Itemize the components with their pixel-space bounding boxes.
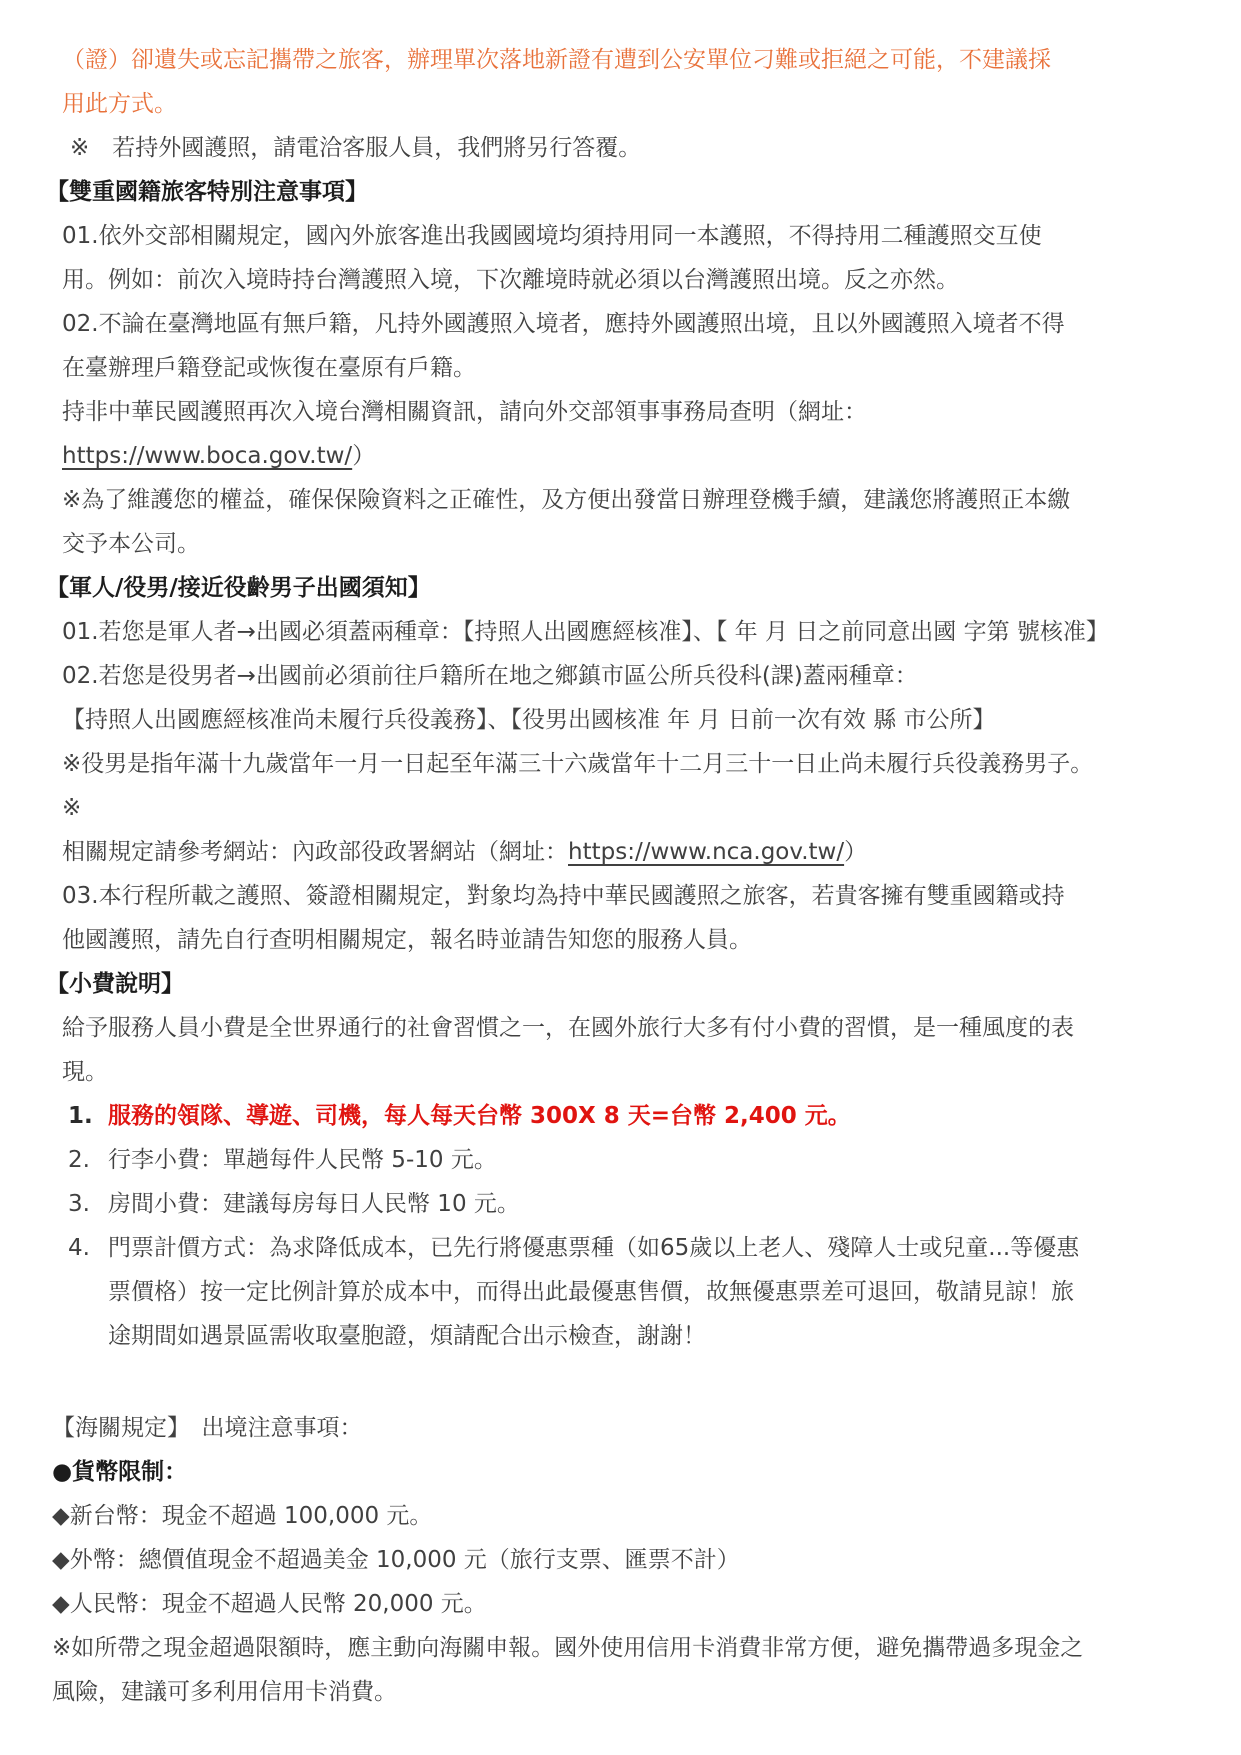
- tip-item-text: 房間小費：建議每房每日人民幣 10 元。: [108, 1182, 520, 1226]
- section-heading-military: 【軍人/役男/接近役齡男子出國須知】: [46, 566, 1217, 610]
- regulation-reference-text: 相關規定請參考網站：內政部役政署網站（網址：: [62, 839, 568, 865]
- reentry-info-text: 持非中華民國護照再次入境台灣相關資訊，請向外交部領事事務局查明（網址：: [62, 399, 867, 425]
- tip-item-number: 3.: [68, 1182, 108, 1226]
- customs-heading: 【海關規定】 出境注意事項：: [52, 1406, 1217, 1450]
- tipping-intro: 給予服務人員小費是全世界通行的社會習慣之一，在國外旅行大多有付小費的習慣，是一種…: [62, 1006, 1217, 1094]
- reentry-info-suffix: ）: [352, 443, 375, 469]
- currency-limit-twd: ◆新台幣：現金不超過 100,000 元。: [52, 1494, 1217, 1538]
- travel-notice-document: （證）卻遺失或忘記攜帶之旅客，辦理單次落地新證有遭到公安單位刁難或拒絕之可能，不…: [0, 0, 1241, 1755]
- foreign-passport-note: ※ 若持外國護照，請電洽客服人員，我們將另行答覆。: [70, 126, 1217, 170]
- section-heading-tipping: 【小費說明】: [46, 962, 1217, 1006]
- cash-declaration-note: ※如所帶之現金超過限額時，應主動向海關申報。國外使用信用卡消費非常方便，避免攜帶…: [52, 1626, 1217, 1714]
- passport-custody-note: ※為了維護您的權益，確保保險資料之正確性，及方便出發當日辦理登機手續，建議您將護…: [62, 478, 1217, 566]
- nca-website-link[interactable]: https://www.nca.gov.tw/: [568, 839, 844, 865]
- section-heading-dual-nationality: 【雙重國籍旅客特別注意事項】: [46, 170, 1217, 214]
- intro-warning-text: （證）卻遺失或忘記攜帶之旅客，辦理單次落地新證有遭到公安單位刁難或拒絕之可能，不…: [62, 38, 1217, 126]
- tip-item-text: 行李小費：單趟每件人民幣 5-10 元。: [108, 1138, 497, 1182]
- currency-limit-rmb: ◆人民幣：現金不超過人民幣 20,000 元。: [52, 1582, 1217, 1626]
- tip-item-text: 門票計價方式：為求降低成本，已先行將優惠票種（如65歲以上老人、殘障人士或兒童.…: [108, 1226, 1079, 1358]
- tip-item-guide-driver: 1. 服務的領隊、導遊、司機，每人每天台幣 300X 8 天=台幣 2,400 …: [68, 1094, 1217, 1138]
- military-item-02: 02.若您是役男者→出國前必須前往戶籍所在地之鄉鎮市區公所兵役科(課)蓋兩種章：…: [62, 654, 1217, 830]
- dual-nationality-item-01: 01.依外交部相關規定，國內外旅客進出我國國境均須持用同一本護照，不得持用二種護…: [62, 214, 1217, 302]
- boca-website-link[interactable]: https://www.boca.gov.tw/: [62, 443, 352, 469]
- military-item-03: 03.本行程所載之護照、簽證相關規定，對象均為持中華民國護照之旅客，若貴客擁有雙…: [62, 874, 1217, 962]
- tipping-list: 1. 服務的領隊、導遊、司機，每人每天台幣 300X 8 天=台幣 2,400 …: [68, 1094, 1217, 1358]
- dual-nationality-item-02: 02.不論在臺灣地區有無戶籍，凡持外國護照入境者，應持外國護照出境，且以外國護照…: [62, 302, 1217, 390]
- tip-item-number: 1.: [68, 1094, 108, 1138]
- customs-section: 【海關規定】 出境注意事項： ●貨幣限制： ◆新台幣：現金不超過 100,000…: [46, 1406, 1217, 1714]
- military-item-01: 01.若您是軍人者→出國必須蓋兩種章：【持照人出國應經核准】、【 年 月 日之前…: [62, 610, 1217, 654]
- tip-item-room: 3. 房間小費：建議每房每日人民幣 10 元。: [68, 1182, 1217, 1226]
- tip-item-luggage: 2. 行李小費：單趟每件人民幣 5-10 元。: [68, 1138, 1217, 1182]
- tip-item-text-highlighted: 服務的領隊、導遊、司機，每人每天台幣 300X 8 天=台幣 2,400 元。: [108, 1094, 851, 1138]
- tip-item-number: 4.: [68, 1226, 108, 1270]
- reentry-info-paragraph: 持非中華民國護照再次入境台灣相關資訊，請向外交部領事事務局查明（網址： http…: [62, 390, 1217, 478]
- tip-item-tickets: 4. 門票計價方式：為求降低成本，已先行將優惠票種（如65歲以上老人、殘障人士或…: [68, 1226, 1217, 1358]
- military-regulation-reference: 相關規定請參考網站：內政部役政署網站（網址：https://www.nca.go…: [62, 830, 1217, 874]
- regulation-reference-suffix: ）: [844, 839, 867, 865]
- tip-item-number: 2.: [68, 1138, 108, 1182]
- currency-limit-heading: ●貨幣限制：: [52, 1450, 1217, 1494]
- currency-limit-foreign: ◆外幣：總價值現金不超過美金 10,000 元（旅行支票、匯票不計）: [52, 1538, 1217, 1582]
